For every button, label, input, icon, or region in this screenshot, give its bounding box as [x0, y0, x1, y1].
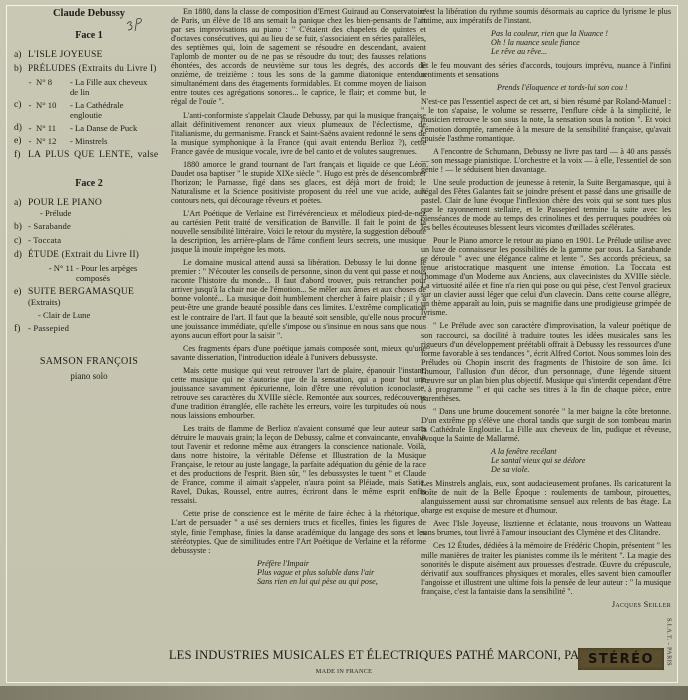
- track-item: - Prélude: [14, 208, 164, 218]
- performer-name: SAMSON FRANÇOIS: [14, 356, 164, 367]
- essay-paragraph: Les traits de flamme de Berlioz n'avaien…: [171, 424, 426, 505]
- record-sleeve-back: Claude Debussy Face 1 a) L'ISLE JOYEUSE …: [0, 0, 688, 700]
- essay-column-right: c'est la libération du rythme soumis dés…: [421, 7, 671, 609]
- track-item: e) - N° 12 - Minstrels: [14, 136, 164, 146]
- track-item: (Extraits): [14, 297, 164, 307]
- verse-quote: Prends l'éloquence et tords-lui son cou …: [421, 83, 671, 92]
- instrument-label: piano solo: [14, 371, 164, 382]
- essay-paragraph: Cette prise de conscience est le mérite …: [171, 509, 426, 554]
- track-item: a) POUR LE PIANO: [14, 197, 164, 208]
- track-item: b) - Sarabande: [14, 221, 164, 232]
- essay-paragraph: Ces fragments épars d'une poétique jamai…: [171, 344, 426, 362]
- track-item: - N° 8 - La Fille aux cheveux de lin: [14, 77, 164, 97]
- essay-paragraph: " Dans une brume doucement sonorée " la …: [421, 407, 671, 443]
- sleeve-edge: [0, 686, 688, 700]
- essay-column-middle: En 1880, dans la classe de composition d…: [171, 7, 426, 591]
- stereo-badge: STÉRÉO: [578, 648, 664, 670]
- essay-paragraph: " Le Prélude avec son caractère d'improv…: [421, 321, 671, 402]
- essay-paragraph: Et le feu mouvant des séries d'accords, …: [421, 61, 671, 79]
- track-item: f) - Passepied: [14, 323, 164, 334]
- track-item: e) SUITE BERGAMASQUE: [14, 286, 164, 297]
- essay-paragraph: A l'encontre de Schumann, Debussy ne liv…: [421, 147, 671, 174]
- essay-paragraph: Pour le Piano amorce le retour au piano …: [421, 236, 671, 317]
- essay-paragraph: Les Minstrels anglais, eux, sont audacie…: [421, 479, 671, 515]
- essay-paragraph: L'anti-conformiste s'appelait Claude Deb…: [171, 111, 426, 156]
- essay-paragraph: Le domaine musical attend aussi sa libér…: [171, 258, 426, 339]
- face-2-title: Face 2: [14, 178, 164, 189]
- essay-paragraph: En 1880, dans la classe de composition d…: [171, 7, 426, 107]
- face-2-tracklist: a) POUR LE PIANO - Prélude b) - Saraband…: [14, 197, 164, 334]
- essay-paragraph: L'Art Poétique de Verlaine est l'irrévér…: [171, 209, 426, 254]
- handwritten-mark-icon: [124, 16, 146, 34]
- track-item: f) LA PLUS QUE LENTE, valse: [14, 149, 164, 160]
- essay-paragraph: 1880 amorce le grand tournant de l'art f…: [171, 160, 426, 205]
- verse-quote: A la fenêtre recélantLe santal vieux qui…: [421, 447, 671, 474]
- face-1-tracklist: a) L'ISLE JOYEUSE b) PRÉLUDES (Extraits …: [14, 49, 164, 160]
- track-item: - Clair de Lune: [14, 310, 164, 320]
- track-item: b) PRÉLUDES (Extraits du Livre I): [14, 63, 164, 74]
- track-item: d) - N° 11 - La Danse de Puck: [14, 123, 164, 133]
- verse-quote: Préfère l'ImpairPlus vague et plus solub…: [171, 559, 426, 586]
- essay-paragraph: Ces 12 Études, dédiées à la mémoire de F…: [421, 541, 671, 595]
- essay-paragraph: Mais cette musique qui veut retrouver l'…: [171, 366, 426, 420]
- printer-credit: S.I.A.T. - PARIS: [662, 612, 676, 672]
- track-item: c) - Toccata: [14, 235, 164, 246]
- verse-quote: Pas la couleur, rien que la Nuance !Oh !…: [421, 29, 671, 56]
- track-item: c) - N° 10 - La Cathédrale engloutie: [14, 100, 164, 120]
- essay-paragraph: c'est la libération du rythme soumis dés…: [421, 7, 671, 25]
- essay-paragraph: N'est-ce pas l'essentiel aspect de cet a…: [421, 97, 671, 142]
- track-item: - N° 11 - Pour les arpèges composés: [14, 263, 148, 283]
- author-signature: Jacques Seiller: [421, 600, 671, 609]
- essay-paragraph: Avec l'Isle Joyeuse, lisztienne et éclat…: [421, 519, 671, 537]
- track-item: d) ÉTUDE (Extrait du Livre II): [14, 249, 164, 260]
- tracklist-column: Claude Debussy Face 1 a) L'ISLE JOYEUSE …: [14, 8, 164, 382]
- essay-paragraph: Une seule production de jeunesse à reten…: [421, 178, 671, 232]
- track-item: a) L'ISLE JOYEUSE: [14, 49, 164, 60]
